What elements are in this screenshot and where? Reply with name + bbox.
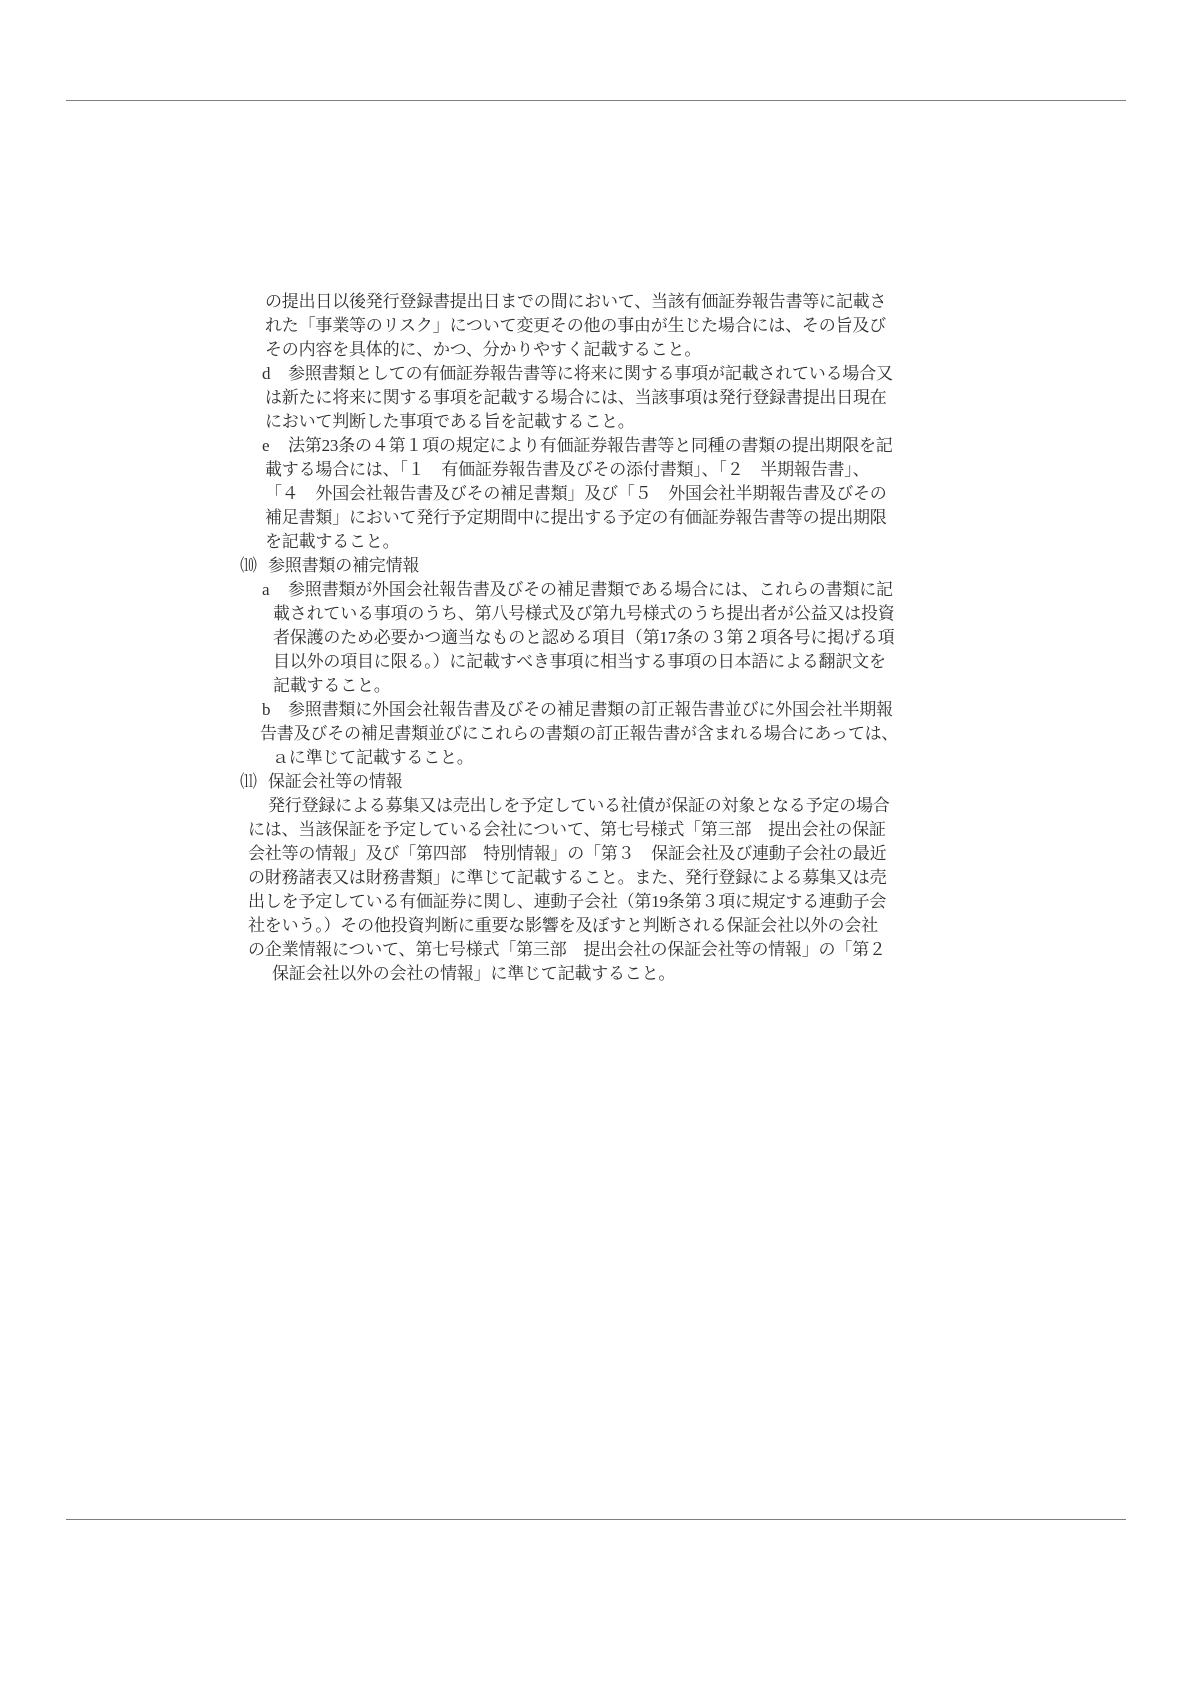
text-line: の提出日以後発行登録書提出日までの間において、当該有価証券報告書等に記載さ: [0, 290, 1192, 314]
line-text: 補足書類」において発行予定期間中に提出する予定の有価証券報告書等の提出期限: [265, 506, 887, 530]
text-line: の企業情報について、第七号様式「第三部 提出会社の保証会社等の情報」の「第２: [0, 938, 1192, 962]
line-text: 告書及びその補足書類並びにこれらの書類の訂正報告書が含まれる場合にあっては、: [260, 722, 898, 746]
text-line: は新たに将来に関する事項を記載する場合には、当該事項は発行登録書提出日現在: [0, 386, 1192, 410]
line-text: 発行登録による募集又は売出しを予定している社債が保証の対象となる予定の場合: [268, 794, 890, 818]
line-text: 載する場合には、「１ 有価証券報告書及びその添付書類」、「２ 半期報告書」、: [265, 458, 869, 482]
item-marker: e: [262, 434, 269, 458]
text-line: 目以外の項目に限る。）に記載すべき事項に相当する事項の日本語による翻訳文を: [0, 650, 1192, 674]
line-text: 参照書類としての有価証券報告書等に将来に関する事項が記載されている場合又: [288, 362, 893, 386]
text-line: d参照書類としての有価証券報告書等に将来に関する事項が記載されている場合又: [0, 362, 1192, 386]
text-line: れた「事業等のリスク」について変更その他の事由が生じた場合には、その旨及び: [0, 314, 1192, 338]
item-marker: d: [262, 362, 270, 386]
line-text: を記載すること。: [265, 530, 399, 554]
text-line: ⑽参照書類の補完情報: [0, 554, 1192, 578]
text-line: 載されている事項のうち、第八号様式及び第九号様式のうち提出者が公益又は投資: [0, 602, 1192, 626]
text-line: 会社等の情報」及び「第四部 特別情報」の「第３ 保証会社及び連動子会社の最近: [0, 842, 1192, 866]
line-text: 者保護のため必要かつ適当なものと認める項目（第17条の３第２項各号に掲げる項: [273, 626, 894, 650]
text-line: a参照書類が外国会社報告書及びその補足書類である場合には、これらの書類に記: [0, 578, 1192, 602]
text-line: の財務諸表又は財務書類」に準じて記載すること。また、発行登録による募集又は売: [0, 866, 1192, 890]
line-text: の企業情報について、第七号様式「第三部 提出会社の保証会社等の情報」の「第２: [248, 938, 886, 962]
item-marker: ⑽: [240, 554, 257, 578]
line-text: 会社等の情報」及び「第四部 特別情報」の「第３ 保証会社及び連動子会社の最近: [248, 842, 886, 866]
line-text: ａに準じて記載すること。: [272, 746, 474, 770]
text-line: 社をいう。）その他投資判断に重要な影響を及ぼすと判断される保証会社以外の会社: [0, 914, 1192, 938]
line-text: の財務諸表又は財務書類」に準じて記載すること。また、発行登録による募集又は売: [248, 866, 886, 890]
text-line: 補足書類」において発行予定期間中に提出する予定の有価証券報告書等の提出期限: [0, 506, 1192, 530]
text-line: 出しを予定している有価証券に関し、連動子会社（第19条第３項に規定する連動子会: [0, 890, 1192, 914]
line-text: 出しを予定している有価証券に関し、連動子会社（第19条第３項に規定する連動子会: [248, 890, 886, 914]
item-marker: a: [262, 578, 269, 602]
text-line: 「４ 外国会社報告書及びその補足書類」及び「５ 外国会社半期報告書及びその: [0, 482, 1192, 506]
line-text: 記載すること。: [273, 674, 391, 698]
line-text: 社をいう。）その他投資判断に重要な影響を及ぼすと判断される保証会社以外の会社: [248, 914, 878, 938]
text-line: e法第23条の４第１項の規定により有価証券報告書等と同種の書類の提出期限を記: [0, 434, 1192, 458]
line-text: 参照書類に外国会社報告書及びその補足書類の訂正報告書並びに外国会社半期報: [288, 698, 893, 722]
line-text: 保証会社等の情報: [268, 770, 402, 794]
line-text: 「４ 外国会社報告書及びその補足書類」及び「５ 外国会社半期報告書及びその: [265, 482, 887, 506]
line-text: 目以外の項目に限る。）に記載すべき事項に相当する事項の日本語による翻訳文を: [273, 650, 886, 674]
document-page: の提出日以後発行登録書提出日までの間において、当該有価証券報告書等に記載された「…: [0, 0, 1192, 1685]
text-line: 記載すること。: [0, 674, 1192, 698]
text-line: 告書及びその補足書類並びにこれらの書類の訂正報告書が含まれる場合にあっては、: [0, 722, 1192, 746]
line-text: の提出日以後発行登録書提出日までの間において、当該有価証券報告書等に記載さ: [265, 290, 886, 314]
text-line: その内容を具体的に、かつ、分かりやすく記載すること。: [0, 338, 1192, 362]
line-text: れた「事業等のリスク」について変更その他の事由が生じた場合には、その旨及び: [265, 314, 886, 338]
text-line: b参照書類に外国会社報告書及びその補足書類の訂正報告書並びに外国会社半期報: [0, 698, 1192, 722]
text-line: 発行登録による募集又は売出しを予定している社債が保証の対象となる予定の場合: [0, 794, 1192, 818]
text-line: ⑾保証会社等の情報: [0, 770, 1192, 794]
text-line: において判断した事項である旨を記載すること。: [0, 410, 1192, 434]
text-line: には、当該保証を予定している会社について、第七号様式「第三部 提出会社の保証: [0, 818, 1192, 842]
line-text: 保証会社以外の会社の情報」に準じて記載すること。: [272, 962, 675, 986]
item-marker: ⑾: [240, 770, 257, 794]
line-text: その内容を具体的に、かつ、分かりやすく記載すること。: [265, 338, 701, 362]
line-text: において判断した事項である旨を記載すること。: [265, 410, 635, 434]
line-text: には、当該保証を予定している会社について、第七号様式「第三部 提出会社の保証: [248, 818, 886, 842]
line-text: 参照書類の補完情報: [268, 554, 419, 578]
text-line: 者保護のため必要かつ適当なものと認める項目（第17条の３第２項各号に掲げる項: [0, 626, 1192, 650]
bottom-rule: [66, 1519, 1126, 1520]
text-line: を記載すること。: [0, 530, 1192, 554]
text-line: ａに準じて記載すること。: [0, 746, 1192, 770]
text-block: の提出日以後発行登録書提出日までの間において、当該有価証券報告書等に記載された「…: [0, 0, 1192, 1685]
line-text: 参照書類が外国会社報告書及びその補足書類である場合には、これらの書類に記: [288, 578, 893, 602]
text-line: 載する場合には、「１ 有価証券報告書及びその添付書類」、「２ 半期報告書」、: [0, 458, 1192, 482]
line-text: 載されている事項のうち、第八号様式及び第九号様式のうち提出者が公益又は投資: [273, 602, 895, 626]
line-text: 法第23条の４第１項の規定により有価証券報告書等と同種の書類の提出期限を記: [288, 434, 893, 458]
text-line: 保証会社以外の会社の情報」に準じて記載すること。: [0, 962, 1192, 986]
line-text: は新たに将来に関する事項を記載する場合には、当該事項は発行登録書提出日現在: [265, 386, 887, 410]
item-marker: b: [262, 698, 270, 722]
